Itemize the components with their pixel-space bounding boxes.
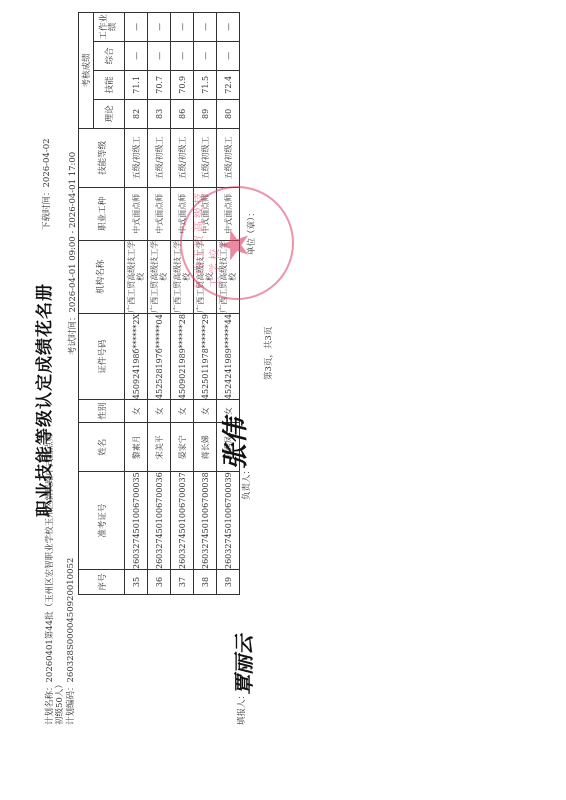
cell-overall: — [125, 41, 148, 70]
cell-seq: 38 [194, 570, 217, 595]
cell-theory: 86 [171, 99, 194, 128]
cell-id-no: 4509021989******28 [171, 313, 194, 399]
exam-time: 考试时间：2026-04-01 09:00 - 2026-04-01 17:00 [66, 152, 78, 355]
cell-level: 五级/初级工 [125, 128, 148, 187]
cell-work: — [171, 12, 194, 41]
cell-sex: 女 [194, 400, 217, 423]
header-level: 技能等级 [79, 128, 125, 187]
cell-level: 五级/初级工 [194, 128, 217, 187]
cell-theory: 83 [148, 99, 171, 128]
cell-id-no: 4524241989******44 [217, 313, 240, 399]
header-job: 职业工种 [79, 187, 125, 240]
header-id-no: 证件号码 [79, 313, 125, 399]
plan-name: 计划名称：20260401第44批（玉州区宏智职业学校玉州区新民路中式面点师初级… [45, 425, 65, 725]
manager-label: 负责人： [240, 466, 252, 500]
header-scores-group: 考核成绩 [79, 12, 94, 128]
cell-exam-no: 2603274501006700039 [217, 472, 240, 570]
cell-exam-no: 260327450100670003​5 [125, 472, 148, 570]
cell-overall: — [217, 41, 240, 70]
cell-id-no: 4525011978******29 [194, 313, 217, 399]
cell-work: — [217, 12, 240, 41]
download-time: 下载时间：2026-04-02 [40, 138, 52, 230]
cell-overall: — [148, 41, 171, 70]
cell-org: 广西工贸高级技工学校 [125, 240, 148, 313]
cell-job: 中式面点师 [125, 187, 148, 240]
cell-work: — [125, 12, 148, 41]
cell-sex: 女 [125, 400, 148, 423]
cell-overall: — [171, 41, 194, 70]
cell-skill: 70.7 [148, 70, 171, 99]
cell-exam-no: 2603274501006700037 [171, 472, 194, 570]
header-name: 姓名 [79, 423, 125, 472]
cell-exam-no: 2603274501006700038 [194, 472, 217, 570]
header-work: 工作业绩 [94, 12, 125, 41]
cell-skill: 71.5 [194, 70, 217, 99]
table-row: 392603274501006700039韩秀凤女4524241989*****… [217, 12, 240, 594]
cell-work: — [194, 12, 217, 41]
cell-seq: 36 [148, 570, 171, 595]
rotated-document-page: 职业技能等级认定成绩花名册 计划名称：20260401第44批（玉州区宏智职业学… [0, 0, 566, 800]
cell-sex: 女 [148, 400, 171, 423]
page-info: 第3页，共3页 [262, 327, 274, 380]
cell-sex: 女 [171, 400, 194, 423]
header-exam-no: 准考证号 [79, 472, 125, 570]
table-row: 372603274501006700037晏家宁女4509021989*****… [171, 12, 194, 594]
cell-theory: 82 [125, 99, 148, 128]
plan-code: 计划编码：260328S0000450920010052 [66, 558, 76, 725]
cell-exam-no: 2603274501006700036 [148, 472, 171, 570]
score-roster-table: 序号 准考证号 姓名 性别 证件号码 机构名称 职业工种 技能等级 考核成绩 理… [78, 12, 240, 595]
cell-id-no: 452528197б******04 [148, 313, 171, 399]
cell-job: 中式面点师 [148, 187, 171, 240]
cell-work: — [148, 12, 171, 41]
cell-name: 蒋长娣 [194, 423, 217, 472]
table-row: 382603274501006700038蒋长娣女4525011978*****… [194, 12, 217, 594]
cell-level: 五级/初级工 [217, 128, 240, 187]
cell-name: 晏家宁 [171, 423, 194, 472]
cell-seq: 35 [125, 570, 148, 595]
cell-id-no: 450924198б******2X [125, 313, 148, 399]
cell-level: 五级/初级工 [148, 128, 171, 187]
star-icon: ★ [212, 227, 258, 263]
cell-skill: 72.4 [217, 70, 240, 99]
header-sex: 性别 [79, 400, 125, 423]
reporter-label: 填报人： [235, 691, 247, 725]
table-row: 362603274501006700036宋美平女452528197б*****… [148, 12, 171, 594]
cell-skill: 70.9 [171, 70, 194, 99]
cell-level: 五级/初级工 [171, 128, 194, 187]
cell-skill: 71.1 [125, 70, 148, 99]
header-overall: 综合 [94, 41, 125, 70]
cell-org: 广西工贸高级技工学校 [148, 240, 171, 313]
cell-seq: 39 [217, 570, 240, 595]
header-theory: 理论 [94, 99, 125, 128]
manager-signature: 张伟 [215, 418, 252, 470]
header-seq: 序号 [79, 570, 125, 595]
header-org: 机构名称 [79, 240, 125, 313]
cell-theory: 80 [217, 99, 240, 128]
reporter-signature: 覃丽云 [228, 635, 257, 695]
cell-name: 黎素月 [125, 423, 148, 472]
cell-theory: 89 [194, 99, 217, 128]
header-skill: 技能 [94, 70, 125, 99]
cell-overall: — [194, 41, 217, 70]
cell-name: 宋美平 [148, 423, 171, 472]
cell-seq: 37 [171, 570, 194, 595]
official-seal: 广西工贸高级技工学校 ★ [180, 186, 294, 300]
table-row: 35260327450100670003​5黎素月女450924198б****… [125, 12, 148, 594]
